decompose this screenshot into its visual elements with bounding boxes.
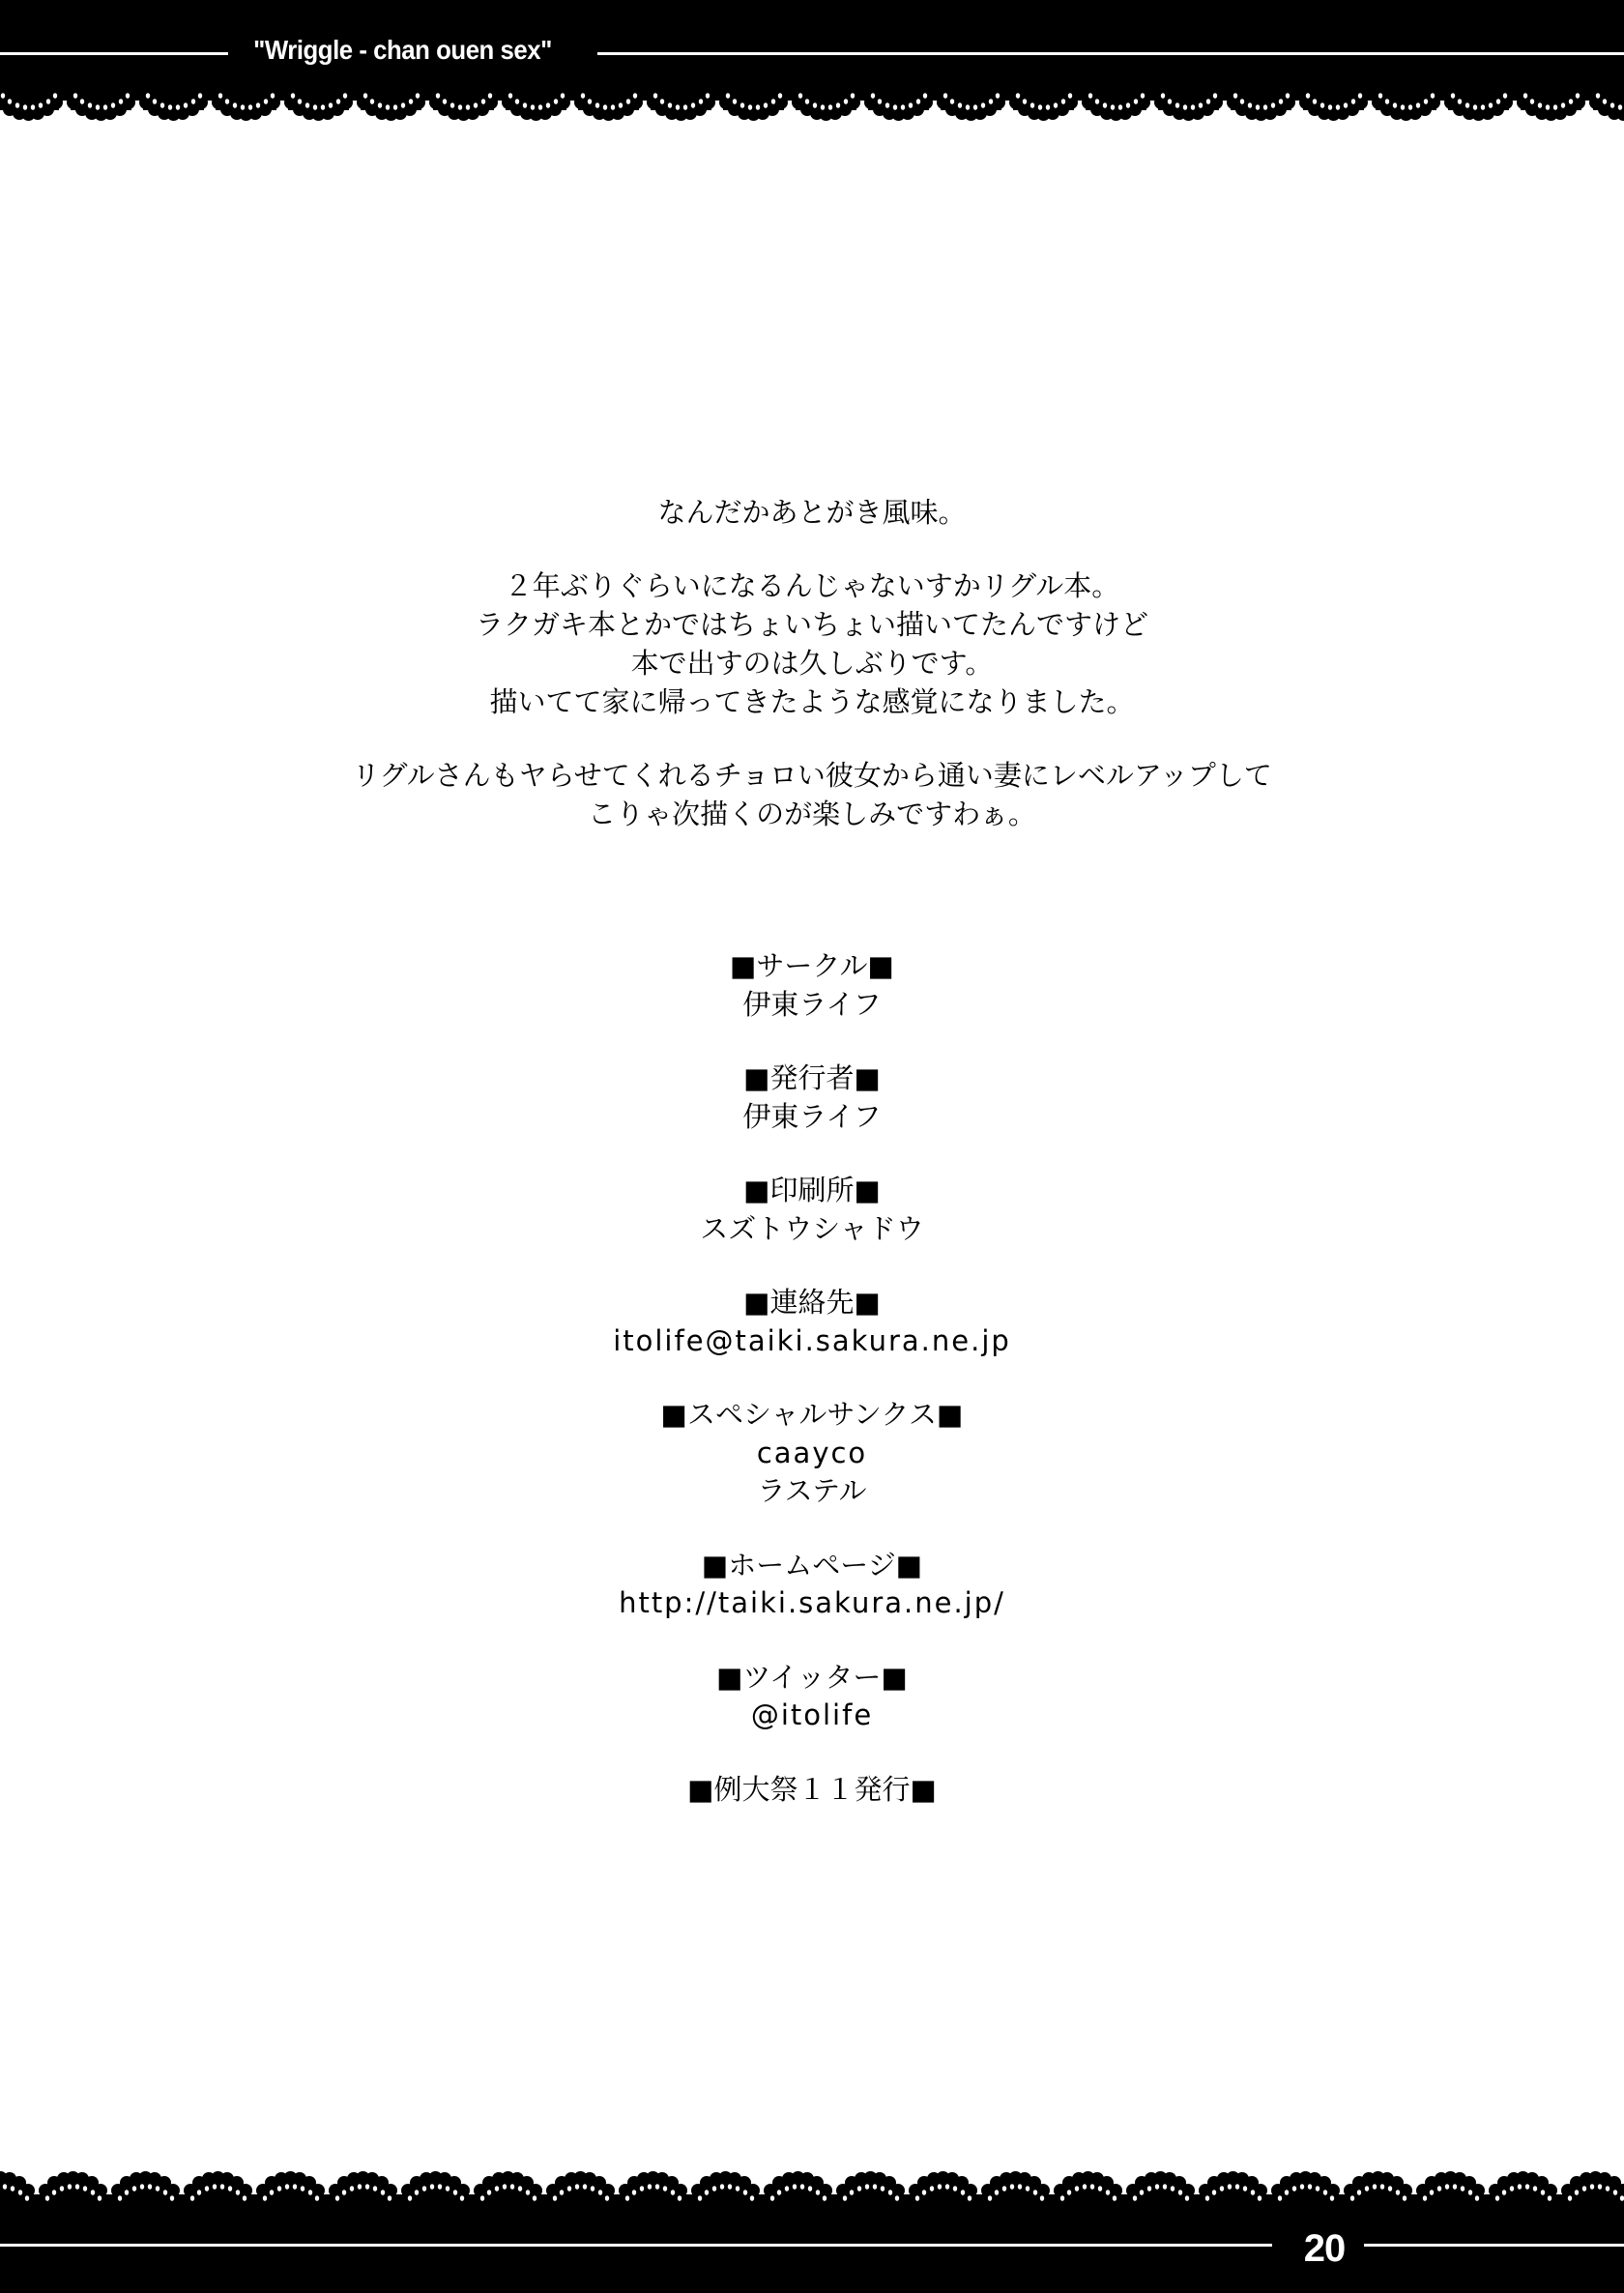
afterword-line: こりゃ次描くのが楽しみですわぁ。 <box>0 795 1624 833</box>
page-number: 20 <box>1290 2226 1359 2271</box>
homepage-link[interactable]: http://taiki.sakura.ne.jp/ <box>0 1584 1624 1623</box>
credit-heading: ■スペシャルサンクス■ <box>0 1396 1624 1435</box>
credit-twitter: ■ツイッター■ @itolife <box>0 1659 1624 1735</box>
credit-heading: ■サークル■ <box>0 947 1624 986</box>
credit-publisher: ■発行者■ 伊東ライフ <box>0 1059 1624 1136</box>
credit-value: ラステル <box>0 1472 1624 1511</box>
afterword-paragraph-3: リグルさんもヤらせてくれるチョロい彼女から通い妻にレベルアップして こりゃ次描く… <box>0 756 1624 833</box>
credit-contact: ■連絡先■ itolife@taiki.sakura.ne.jp <box>0 1284 1624 1360</box>
credit-printer: ■印刷所■ スズトウシャドウ <box>0 1172 1624 1248</box>
twitter-handle-link[interactable]: @itolife <box>0 1697 1624 1735</box>
header-band: "Wriggle - chan ouen sex" <box>0 0 1624 128</box>
colophon: ■サークル■ 伊東ライフ ■発行者■ 伊東ライフ ■印刷所■ スズトウシャドウ … <box>0 947 1624 1844</box>
credit-value: 伊東ライフ <box>0 1098 1624 1137</box>
credit-value: スズトウシャドウ <box>0 1210 1624 1249</box>
afterword: なんだかあとがき風味。 ２年ぶりぐらいになるんじゃないすかリグル本。 ラクガキ本… <box>0 493 1624 833</box>
credit-heading: ■連絡先■ <box>0 1284 1624 1322</box>
book-title: "Wriggle - chan ouen sex" <box>242 33 564 68</box>
footer-rule-left <box>0 2244 1272 2247</box>
credit-heading: ■発行者■ <box>0 1059 1624 1098</box>
afterword-line: ラクガキ本とかではちょいちょい描いてたんですけど <box>0 605 1624 644</box>
afterword-line: 本で出すのは久しぶりです。 <box>0 644 1624 682</box>
credit-circle: ■サークル■ 伊東ライフ <box>0 947 1624 1024</box>
header-rule-right <box>597 52 1624 55</box>
credit-heading: ■ツイッター■ <box>0 1659 1624 1698</box>
credit-heading: ■ホームページ■ <box>0 1547 1624 1585</box>
credit-event: ■例大祭１１発行■ <box>0 1771 1624 1810</box>
afterword-line: 描いてて家に帰ってきたような感覚になりました。 <box>0 682 1624 721</box>
afterword-line: リグルさんもヤらせてくれるチョロい彼女から通い妻にレベルアップして <box>0 756 1624 795</box>
footer-rule-right <box>1364 2244 1624 2247</box>
credit-homepage: ■ホームページ■ http://taiki.sakura.ne.jp/ <box>0 1547 1624 1623</box>
header-rule-left <box>0 52 228 55</box>
credit-heading: ■例大祭１１発行■ <box>0 1771 1624 1810</box>
lace-border-bottom-icon <box>0 2162 1624 2293</box>
afterword-paragraph-2: ２年ぶりぐらいになるんじゃないすかリグル本。 ラクガキ本とかではちょいちょい描い… <box>0 566 1624 721</box>
credit-value: 伊東ライフ <box>0 986 1624 1025</box>
afterword-line: ２年ぶりぐらいになるんじゃないすかリグル本。 <box>0 566 1624 605</box>
afterword-paragraph-1: なんだかあとがき風味。 <box>0 493 1624 532</box>
credit-special-thanks: ■スペシャルサンクス■ caayco ラステル <box>0 1396 1624 1511</box>
credit-value: caayco <box>0 1435 1624 1473</box>
footer-band <box>0 2162 1624 2293</box>
credit-heading: ■印刷所■ <box>0 1172 1624 1210</box>
contact-email-link[interactable]: itolife@taiki.sakura.ne.jp <box>0 1322 1624 1361</box>
afterword-line: なんだかあとがき風味。 <box>0 493 1624 532</box>
